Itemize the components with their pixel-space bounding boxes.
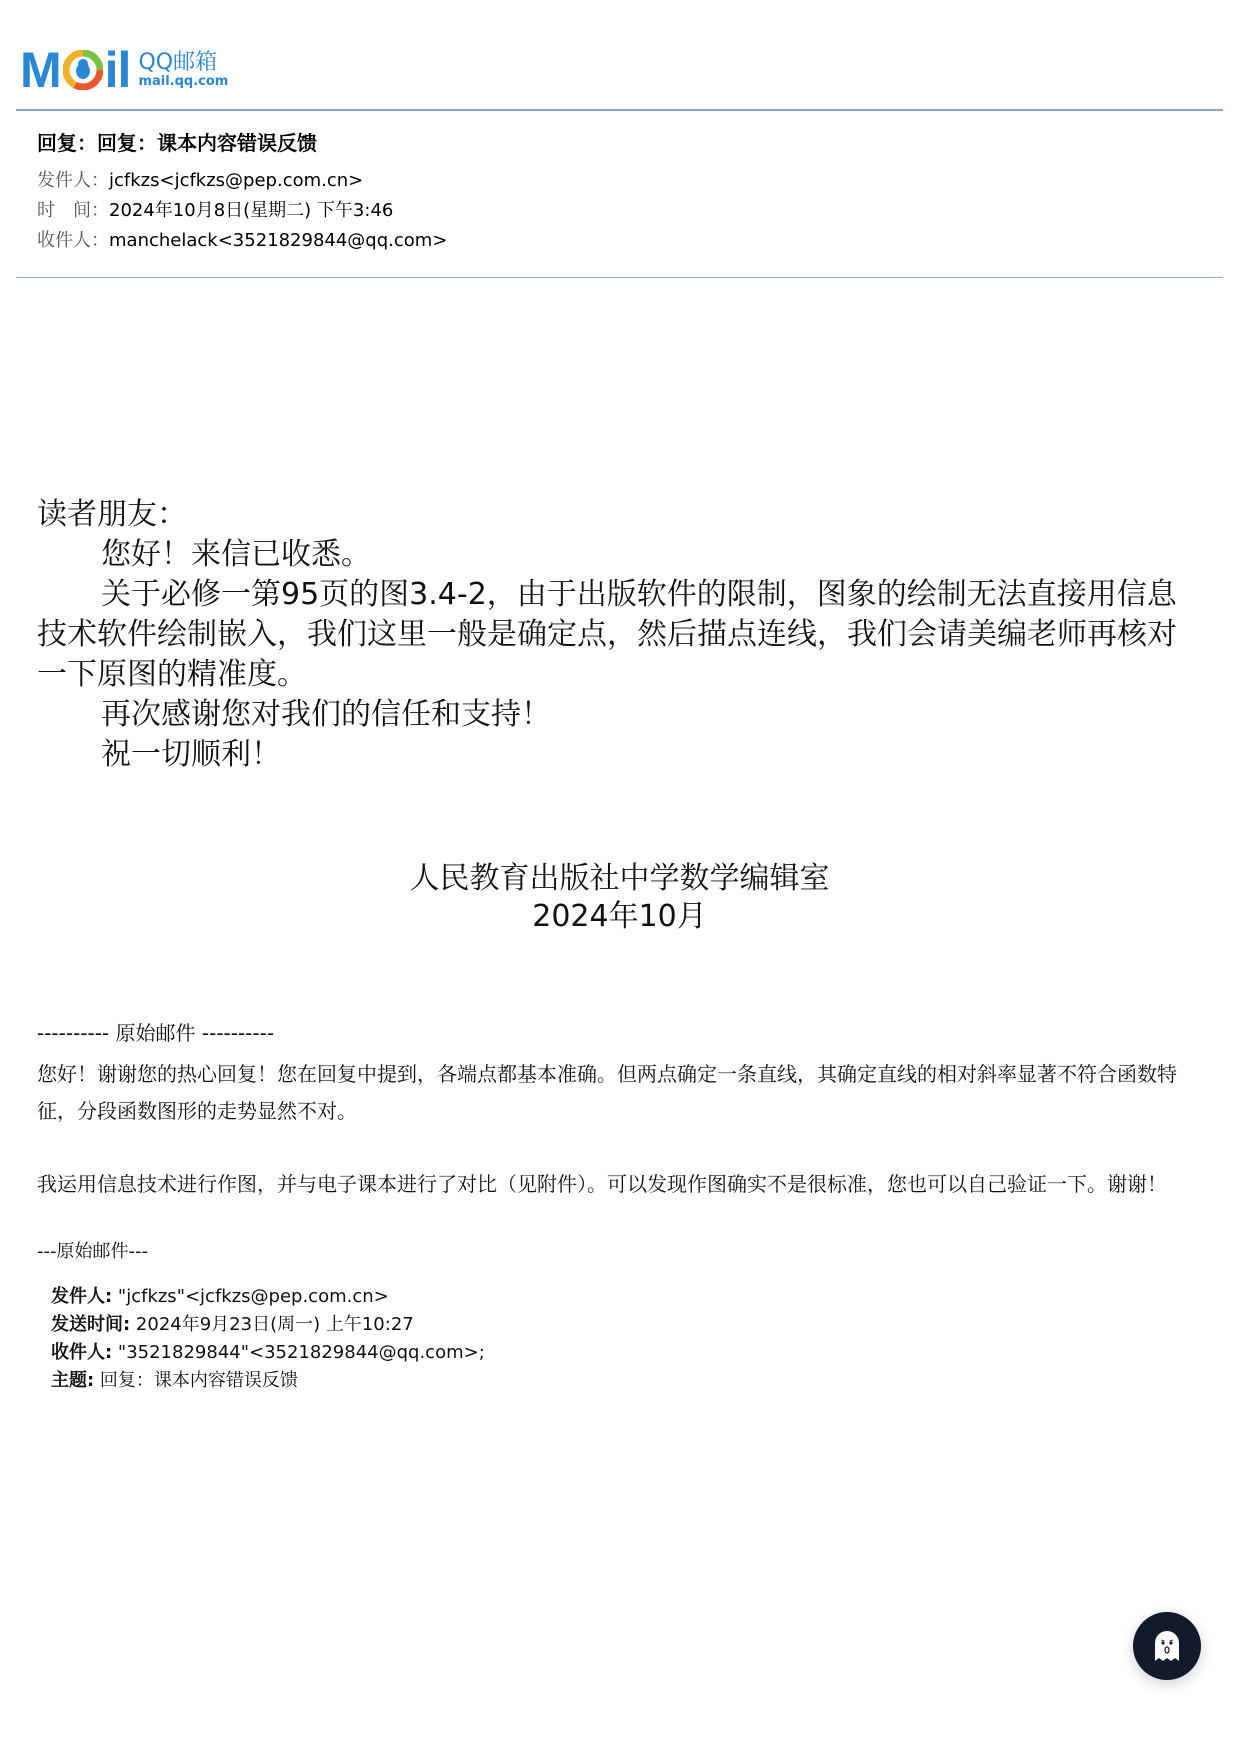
letter-body: 读者朋友： 您好！来信已收悉。 关于必修一第95页的图3.4-2，由于出版软件的… [37,495,1202,775]
header-divider-top [16,109,1223,111]
quoted-subject-label: 主题: [51,1370,94,1391]
ghost-icon [1152,1629,1182,1663]
logo-letter-m: M [20,45,61,95]
letter-greeting: 读者朋友： [37,495,1202,535]
mail-to-row: 收件人：manchelack<3521829844@qq.com> [37,226,447,256]
mail-time-row: 时 间：2024年10月8日(星期二) 下午3:46 [37,196,447,226]
quoted-subject-value: 回复：课本内容错误反馈 [94,1370,298,1391]
logo-wordmark: M il [20,45,130,95]
from-value[interactable]: jcfkzs<jcfkzs@pep.com.cn> [109,170,363,191]
header-divider-bottom [16,277,1223,278]
qq-penguin-ring-icon [63,50,103,90]
letter-paragraph: 关于必修一第95页的图3.4-2，由于出版软件的限制，图象的绘制无法直接用信息技… [37,575,1202,695]
to-value[interactable]: manchelack<3521829844@qq.com> [109,230,447,251]
quoted-subject-row: 主题: 回复：课本内容错误反馈 [51,1367,1207,1395]
letter-paragraph: 祝一切顺利！ [37,735,1202,775]
mail-header: 回复：回复：课本内容错误反馈 发件人：jcfkzs<jcfkzs@pep.com… [37,130,447,256]
original-separator-2: ---原始邮件--- [37,1239,1207,1265]
letter-signature: 人民教育出版社中学数学编辑室 2024年10月 [0,860,1239,936]
quoted-header: 发件人: "jcfkzs"<jcfkzs@pep.com.cn> 发送时间: 2… [37,1283,1207,1395]
quoted-to-label: 收件人: [51,1342,112,1363]
logo-text: QQ邮箱 mail.qq.com [138,52,228,88]
original-separator: ---------- 原始邮件 ---------- [37,1018,1207,1048]
quoted-sent-value: 2024年9月23日(周一) 上午10:27 [130,1314,414,1335]
floating-assistant-button[interactable] [1133,1612,1201,1680]
from-label: 发件人： [37,170,109,191]
quoted-from-label: 发件人: [51,1286,112,1307]
to-label: 收件人： [37,230,109,251]
signature-organization: 人民教育出版社中学数学编辑室 [0,860,1239,898]
original-message: ---------- 原始邮件 ---------- 您好！谢谢您的热心回复！您… [37,1018,1207,1395]
letter-paragraph: 再次感谢您对我们的信任和支持！ [37,695,1202,735]
quoted-from-row: 发件人: "jcfkzs"<jcfkzs@pep.com.cn> [51,1283,1207,1311]
quoted-sent-label: 发送时间: [51,1314,130,1335]
signature-date: 2024年10月 [0,898,1239,936]
logo-url: mail.qq.com [138,75,228,88]
quoted-sent-row: 发送时间: 2024年9月23日(周一) 上午10:27 [51,1311,1207,1339]
logo-product-name: QQ邮箱 [138,52,228,74]
qq-mail-logo: M il QQ邮箱 mail.qq.com [20,46,228,94]
time-label: 时 间： [37,200,109,221]
quoted-to-value: "3521829844"<3521829844@qq.com>; [112,1342,485,1363]
letter-paragraph: 您好！来信已收悉。 [37,535,1202,575]
mail-subject: 回复：回复：课本内容错误反馈 [37,130,447,156]
quoted-from-value: "jcfkzs"<jcfkzs@pep.com.cn> [112,1286,389,1307]
mail-from-row: 发件人：jcfkzs<jcfkzs@pep.com.cn> [37,166,447,196]
quoted-to-row: 收件人: "3521829844"<3521829844@qq.com>; [51,1339,1207,1367]
original-paragraph: 您好！谢谢您的热心回复！您在回复中提到，各端点都基本准确。但两点确定一条直线，其… [37,1056,1207,1130]
logo-letters-il: il [105,45,131,95]
time-value: 2024年10月8日(星期二) 下午3:46 [109,200,393,221]
original-paragraph: 我运用信息技术进行作图，并与电子课本进行了对比（见附件）。可以发现作图确实不是很… [37,1166,1207,1203]
